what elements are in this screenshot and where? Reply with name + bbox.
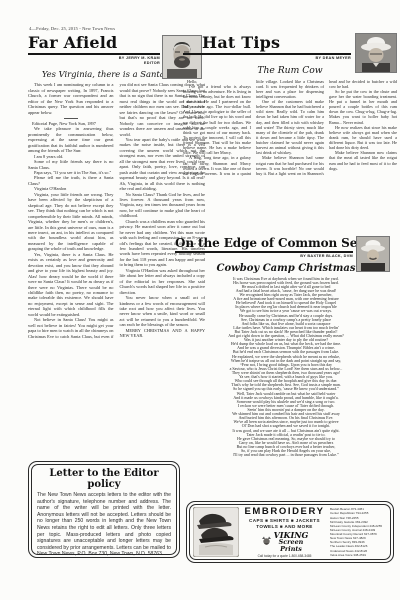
letter-policy-inner-border: Letter to the Editor policy The New Town… xyxy=(31,464,177,555)
embroidery-ad-copy: EMBROIDERY CAPS ■ SHIRTS ■ JACKETS TOWEL… xyxy=(242,506,327,557)
letter-policy-body: The New Town News accepts letters to the… xyxy=(37,492,171,558)
viking-brand-prints: Prints xyxy=(274,546,309,553)
common-sense-column: On the Edge of Common Sense BY BAXTER BL… xyxy=(175,236,397,457)
embroidery-ad-tagline: Call today for a quote 1-800-658-3485 xyxy=(242,554,327,558)
common-sense-byline: BY BAXTER BLACK, DVM xyxy=(175,254,353,259)
embroidery-ad-products-1: CAPS ■ SHIRTS ■ JACKETS xyxy=(242,518,327,523)
page-folio: 4—Friday, Dec. 25, 2015 - New Town News xyxy=(29,26,115,31)
embroidery-ad-products-2: TOWELS ■ AND MORE xyxy=(242,524,327,529)
section-divider xyxy=(64,118,78,119)
paragraph: I've got a friend who is always looking … xyxy=(183,84,251,156)
paragraph: Some of my little friends say there is n… xyxy=(28,159,114,170)
common-sense-rule xyxy=(175,251,353,253)
paragraph: Please tell me the truth, is there a San… xyxy=(28,175,114,186)
hat-tips-body: Hello, I've got a friend who is always l… xyxy=(183,79,397,227)
hat-tips-byline: BY DEAN MEYER xyxy=(183,56,351,61)
newspaper-page: 4—Friday, Dec. 25, 2015 - New Town News … xyxy=(0,0,400,600)
caps-shirts-photo xyxy=(193,507,239,557)
far-afield-rule xyxy=(28,53,160,55)
far-afield-byline-role: EDITOR xyxy=(144,61,160,65)
paragraph: Make believe Shannon now claims that the… xyxy=(329,150,397,171)
embroidery-ad-title: EMBROIDERY xyxy=(242,506,327,517)
hat-tips-rule xyxy=(183,53,351,55)
viking-brand-text: VIKING Screen Prints xyxy=(274,531,309,552)
paragraph: This week I am nominating my column to a… xyxy=(28,82,114,115)
embroidery-ad: EMBROIDERY CAPS ■ SHIRTS ■ JACKETS TOWEL… xyxy=(186,501,394,563)
cowboy-camp-christmas-poem: It was Christmas Eve at daybreak when we… xyxy=(175,277,397,458)
paragraph: Virginia, your little friends are wrong.… xyxy=(28,192,114,252)
stacked-caps-icon xyxy=(193,507,239,557)
portrait-man-cowboy-hat-icon xyxy=(356,34,396,72)
dean-meyer-photo xyxy=(355,33,397,73)
paragraph: So he put the cow in the chute and gave … xyxy=(329,89,397,125)
paragraph: Yes, Virginia, there is a Santa Claus. H… xyxy=(28,252,114,317)
far-afield-byline-name: BY JERRY M. KRAM xyxy=(119,56,160,60)
baxter-black-photo xyxy=(356,236,390,272)
viking-head-icon xyxy=(261,536,272,547)
letter-policy-box: Letter to the Editor policy The New Town… xyxy=(28,461,180,558)
embroidery-ad-inner-border: EMBROIDERY CAPS ■ SHIRTS ■ JACKETS TOWEL… xyxy=(189,504,391,560)
embroidery-ad-papers-list: Beulah Beacon 873-4381Center Republican … xyxy=(330,507,387,557)
far-afield-byline: BY JERRY M. KRAM EDITOR xyxy=(28,56,160,66)
letter-policy-title: Letter to the Editor policy xyxy=(37,468,171,490)
paragraph: We take pleasure in answering thus promi… xyxy=(28,126,114,153)
paragraph: He now realizes that since his make beli… xyxy=(329,125,397,151)
viking-brand-row: VIKING Screen Prints xyxy=(242,531,327,552)
hat-tips-column: Hat Tips BY DEAN MEYER The Rum Cow Hello… xyxy=(183,33,397,227)
paragraph: One of the customers told make believe S… xyxy=(256,99,324,155)
portrait-man-cowboy-hat-icon xyxy=(357,237,389,271)
